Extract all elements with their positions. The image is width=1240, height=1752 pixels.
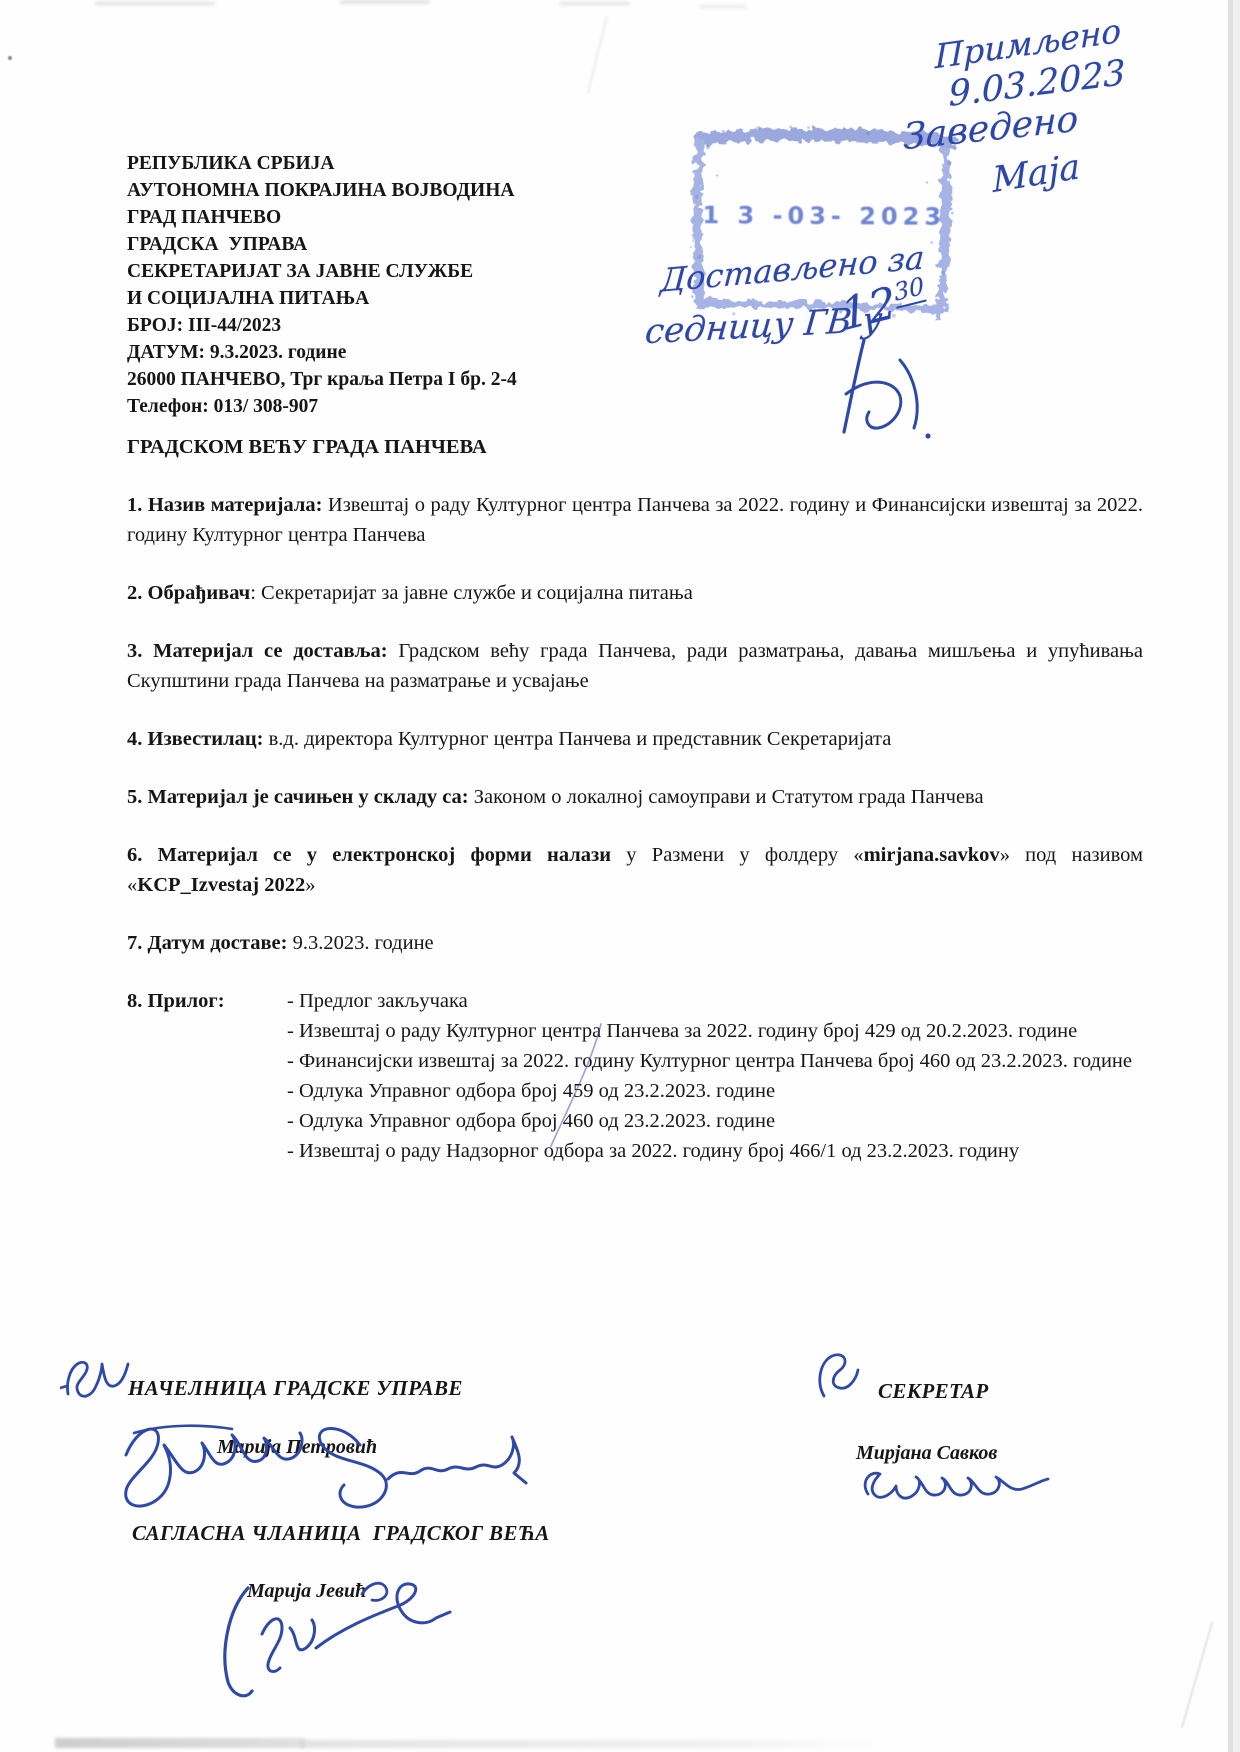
attachment-entry: - Извештај о раду Надзорног одбора за 20…: [287, 1136, 1143, 1166]
attachment-entry: - Финансијски извештај за 2022. годину К…: [287, 1046, 1143, 1076]
item-5-text: Законом о локалној самоуправи и Статутом…: [474, 786, 984, 808]
stray-pen-stroke: [545, 1022, 615, 1150]
scan-smudge-artifact: [560, 2, 630, 5]
attachment-entry: - Извештај о раду Културног центра Панче…: [287, 1016, 1143, 1046]
stamp-date-text: 1 3 -03- 2023: [686, 201, 962, 231]
scanned-document-page: РЕПУБЛИКА СРБИЈА АУТОНОМНА ПОКРАЈИНА ВОЈ…: [0, 0, 1240, 1752]
item-1-label: 1. Назив материјала:: [127, 494, 322, 516]
scan-smudge-artifact: [340, 0, 430, 4]
letterhead-line: БРОЈ: III-44/2023: [127, 312, 517, 339]
letterhead-line: АУТОНОМНА ПОКРАЈИНА ВОЈВОДИНА: [127, 177, 517, 204]
handwritten-received-note-line3: Заведено: [903, 99, 1078, 159]
scan-edge-artifact: [1233, 0, 1240, 1752]
item-6-label: 6. Материјал се у електронској форми нал…: [127, 844, 611, 866]
item-7: 7. Датум доставе: 9.3.2023. године: [127, 928, 1143, 958]
scan-smudge-artifact: [55, 1738, 305, 1748]
handwritten-received-note-line4: Маја: [991, 147, 1080, 201]
attachments-list: - Предлог закључака - Извештај о раду Ку…: [287, 986, 1143, 1166]
item-8-label: 8. Прилог:: [127, 986, 287, 1166]
item-6-seg1: у Размени у фолдеру «: [611, 844, 864, 866]
item-6-file: KCP_Izvestaj 2022: [137, 874, 305, 896]
item-3-label: 3. Материјал се доставља:: [127, 640, 388, 662]
item-7-label: 7. Датум доставе:: [127, 932, 287, 954]
left-signer-title: НАЧЕЛНИЦА ГРАДСКЕ УПРАВЕ: [128, 1376, 463, 1401]
attachment-entry: - Одлука Управног одбора број 460 од 23.…: [287, 1106, 1143, 1136]
handwritten-initials-flourish: [836, 332, 936, 444]
letterhead-line: РЕПУБЛИКА СРБИЈА: [127, 150, 517, 177]
item-2-label: 2. Обрађивач: [127, 582, 250, 604]
item-5: 5. Материјал је сачињен у складу са: Зак…: [127, 782, 1143, 812]
scan-smudge-artifact: [95, 2, 215, 5]
item-3: 3. Материјал се доставља: Градском већу …: [127, 636, 1143, 696]
letterhead-line: ДАТУМ: 9.3.2023. године: [127, 339, 517, 366]
scan-smudge-artifact: [300, 1740, 880, 1748]
item-4: 4. Известилац: в.д. директора Културног …: [127, 724, 1143, 754]
right-title-initials-squiggle: [812, 1350, 868, 1404]
letterhead-line: 26000 ПАНЧЕВО, Трг краља Петра I бр. 2-4: [127, 366, 517, 393]
attachment-entry: - Предлог закључака: [287, 986, 1143, 1016]
item-2: 2. Обрађивач: Секретаријат за јавне служ…: [127, 578, 1143, 608]
item-2-text: : Секретаријат за јавне службе и социјал…: [250, 582, 693, 604]
document-body: ГРАДСКОМ ВЕЋУ ГРАДА ПАНЧЕВА 1. Назив мат…: [127, 432, 1143, 1166]
scan-dot-artifact: [8, 56, 12, 60]
signature-marija-petrovic: [98, 1415, 528, 1527]
item-5-label: 5. Материјал је сачињен у складу са:: [127, 786, 469, 808]
signature-mirjana-savkov: [852, 1464, 1050, 1512]
item-8: 8. Прилог: - Предлог закључака - Извешта…: [127, 986, 1143, 1166]
letterhead-line: СЕКРЕТАРИЈАТ ЗА ЈАВНЕ СЛУЖБЕ: [127, 258, 517, 285]
left-title-initials-squiggle: [60, 1352, 132, 1406]
letterhead-line: Телефон: 013/ 308-907: [127, 393, 517, 420]
letterhead: РЕПУБЛИКА СРБИЈА АУТОНОМНА ПОКРАЈИНА ВОЈ…: [127, 150, 517, 420]
right-signer-name: Мирјана Савков: [856, 1442, 997, 1465]
item-4-label: 4. Известилац:: [127, 728, 263, 750]
right-signer-title: СЕКРЕТАР: [878, 1379, 989, 1404]
scan-smudge-artifact: [1181, 1622, 1213, 1728]
item-1: 1. Назив материјала: Извештај о раду Кул…: [127, 490, 1143, 550]
letterhead-line: ГРАД ПАНЧЕВО: [127, 204, 517, 231]
item-6: 6. Материјал се у електронској форми нал…: [127, 840, 1143, 900]
recipient-heading: ГРАДСКОМ ВЕЋУ ГРАДА ПАНЧЕВА: [127, 432, 1143, 462]
item-4-text: в.д. директора Културног центра Панчева …: [269, 728, 892, 750]
item-6-folder: mirjana.savkov: [864, 844, 1000, 866]
item-6-seg3: »: [305, 874, 315, 896]
letterhead-line: И СОЦИЈАЛНА ПИТАЊА: [127, 285, 517, 312]
letterhead-line: ГРАДСКА УПРАВА: [127, 231, 517, 258]
signature-marija-jevic: [212, 1572, 454, 1710]
item-7-text: 9.3.2023. године: [293, 932, 434, 954]
attachment-entry: - Одлука Управног одбора број 459 од 23.…: [287, 1076, 1143, 1106]
scan-smudge-artifact: [700, 5, 746, 8]
scan-smudge-artifact: [587, 16, 634, 100]
scan-edge-artifact: [1228, 0, 1233, 1752]
time-superscript: 30: [892, 272, 926, 309]
